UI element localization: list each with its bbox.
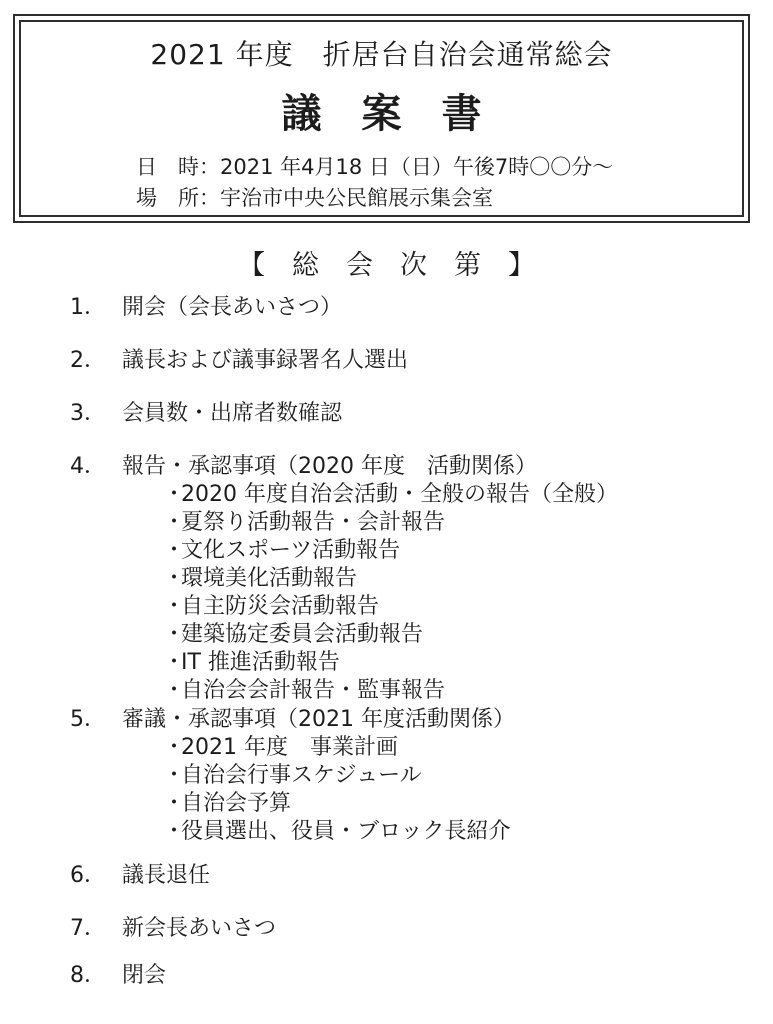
item-number: 3．: [70, 399, 122, 428]
item-text: 新会長あいさつ: [122, 914, 276, 943]
sub-item-text: IT 推進活動報告: [181, 649, 340, 677]
sub-item: ・文化スポーツ活動報告: [70, 537, 618, 565]
item-text: 報告・承認事項（2020 年度 活動関係）: [122, 452, 537, 481]
bullet-glyph: ・: [163, 790, 181, 818]
sub-item: ・2020 年度自治会活動・全般の報告（全般）: [70, 481, 618, 509]
sub-item-text: 自治会会計報告・監事報告: [181, 677, 445, 705]
sub-item-text: 建築協定委員会活動報告: [181, 621, 423, 649]
bullet-glyph: ・: [163, 509, 181, 537]
venue-value: 宇治市中央公民館展示集会室: [220, 186, 493, 210]
header-frame-inner: 2021 年度 折居台自治会通常総会 議 案 書 日 時：2021 年4月18 …: [19, 20, 744, 217]
bullet-glyph: ・: [163, 762, 181, 790]
sub-item: ・自治会会計報告・監事報告: [70, 677, 618, 705]
header-info: 日 時：2021 年4月18 日（日）午後7時〇〇分～ 場 所：宇治市中央公民館…: [136, 152, 742, 214]
header-frame: 2021 年度 折居台自治会通常総会 議 案 書 日 時：2021 年4月18 …: [13, 14, 750, 223]
sub-item: ・役員選出、役員・ブロック長紹介: [70, 818, 618, 846]
venue-row: 場 所：宇治市中央公民館展示集会室: [136, 183, 742, 214]
item-text: 開会（会長あいさつ）: [122, 293, 342, 322]
sub-item: ・2021 年度 事業計画: [70, 734, 618, 762]
sub-item-text: 夏祭り活動報告・会計報告: [181, 509, 445, 537]
datetime-value: 2021 年4月18 日（日）午後7時〇〇分～: [220, 155, 613, 179]
item-text: 議長および議事録署名人選出: [122, 346, 408, 375]
agenda-item-8: 8． 閉会: [70, 961, 618, 990]
agenda-item-4: 4． 報告・承認事項（2020 年度 活動関係）: [70, 452, 618, 481]
bullet-glyph: ・: [163, 565, 181, 593]
bullet-glyph: ・: [163, 649, 181, 677]
item-text: 審議・承認事項（2021 年度活動関係）: [122, 705, 515, 734]
sub-item-text: 自治会行事スケジュール: [181, 762, 422, 790]
bullet-glyph: ・: [163, 481, 181, 509]
item-number: 4．: [70, 452, 122, 481]
bullet-glyph: ・: [163, 593, 181, 621]
agenda-heading: 【 総 会 次 第 】: [0, 243, 773, 282]
venue-label: 場 所：: [136, 186, 220, 210]
sub-item: ・夏祭り活動報告・会計報告: [70, 509, 618, 537]
agenda-item-3: 3． 会員数・出席者数確認: [70, 399, 618, 428]
sub-item: ・IT 推進活動報告: [70, 649, 618, 677]
document-title: 議 案 書: [21, 82, 742, 139]
agenda-item-6: 6． 議長退任: [70, 861, 618, 890]
datetime-row: 日 時：2021 年4月18 日（日）午後7時〇〇分～: [136, 152, 742, 183]
sub-item-text: 2021 年度 事業計画: [181, 734, 398, 762]
sub-item-text: 環境美化活動報告: [181, 565, 357, 593]
item-number: 7．: [70, 914, 122, 943]
item-text: 閉会: [122, 961, 166, 990]
agenda-item-7: 7． 新会長あいさつ: [70, 914, 618, 943]
item-number: 5．: [70, 705, 122, 734]
sub-item-text: 2020 年度自治会活動・全般の報告（全般）: [181, 481, 618, 509]
sub-item: ・環境美化活動報告: [70, 565, 618, 593]
sub-item-text: 自治会予算: [181, 790, 291, 818]
agenda-item-5: 5． 審議・承認事項（2021 年度活動関係）: [70, 705, 618, 734]
bullet-glyph: ・: [163, 734, 181, 762]
agenda-item-2: 2． 議長および議事録署名人選出: [70, 346, 618, 375]
sub-item: ・建築協定委員会活動報告: [70, 621, 618, 649]
bullet-glyph: ・: [163, 621, 181, 649]
agenda-list: 1． 開会（会長あいさつ） 2． 議長および議事録署名人選出 3． 会員数・出席…: [70, 293, 618, 990]
item-text: 議長退任: [122, 861, 210, 890]
item-number: 6．: [70, 861, 122, 890]
item-number: 8．: [70, 961, 122, 990]
bullet-glyph: ・: [163, 537, 181, 565]
sub-item-text: 文化スポーツ活動報告: [181, 537, 400, 565]
meeting-subtitle: 2021 年度 折居台自治会通常総会: [21, 33, 742, 73]
sub-item: ・自主防災会活動報告: [70, 593, 618, 621]
agenda-item-1: 1． 開会（会長あいさつ）: [70, 293, 618, 322]
sub-item-text: 役員選出、役員・ブロック長紹介: [181, 818, 511, 846]
item-text: 会員数・出席者数確認: [122, 399, 342, 428]
item-number: 1．: [70, 293, 122, 322]
bullet-glyph: ・: [163, 677, 181, 705]
datetime-label: 日 時：: [136, 155, 220, 179]
sub-item: ・自治会予算: [70, 790, 618, 818]
bullet-glyph: ・: [163, 818, 181, 846]
sub-item: ・自治会行事スケジュール: [70, 762, 618, 790]
sub-item-text: 自主防災会活動報告: [181, 593, 379, 621]
item-number: 2．: [70, 346, 122, 375]
